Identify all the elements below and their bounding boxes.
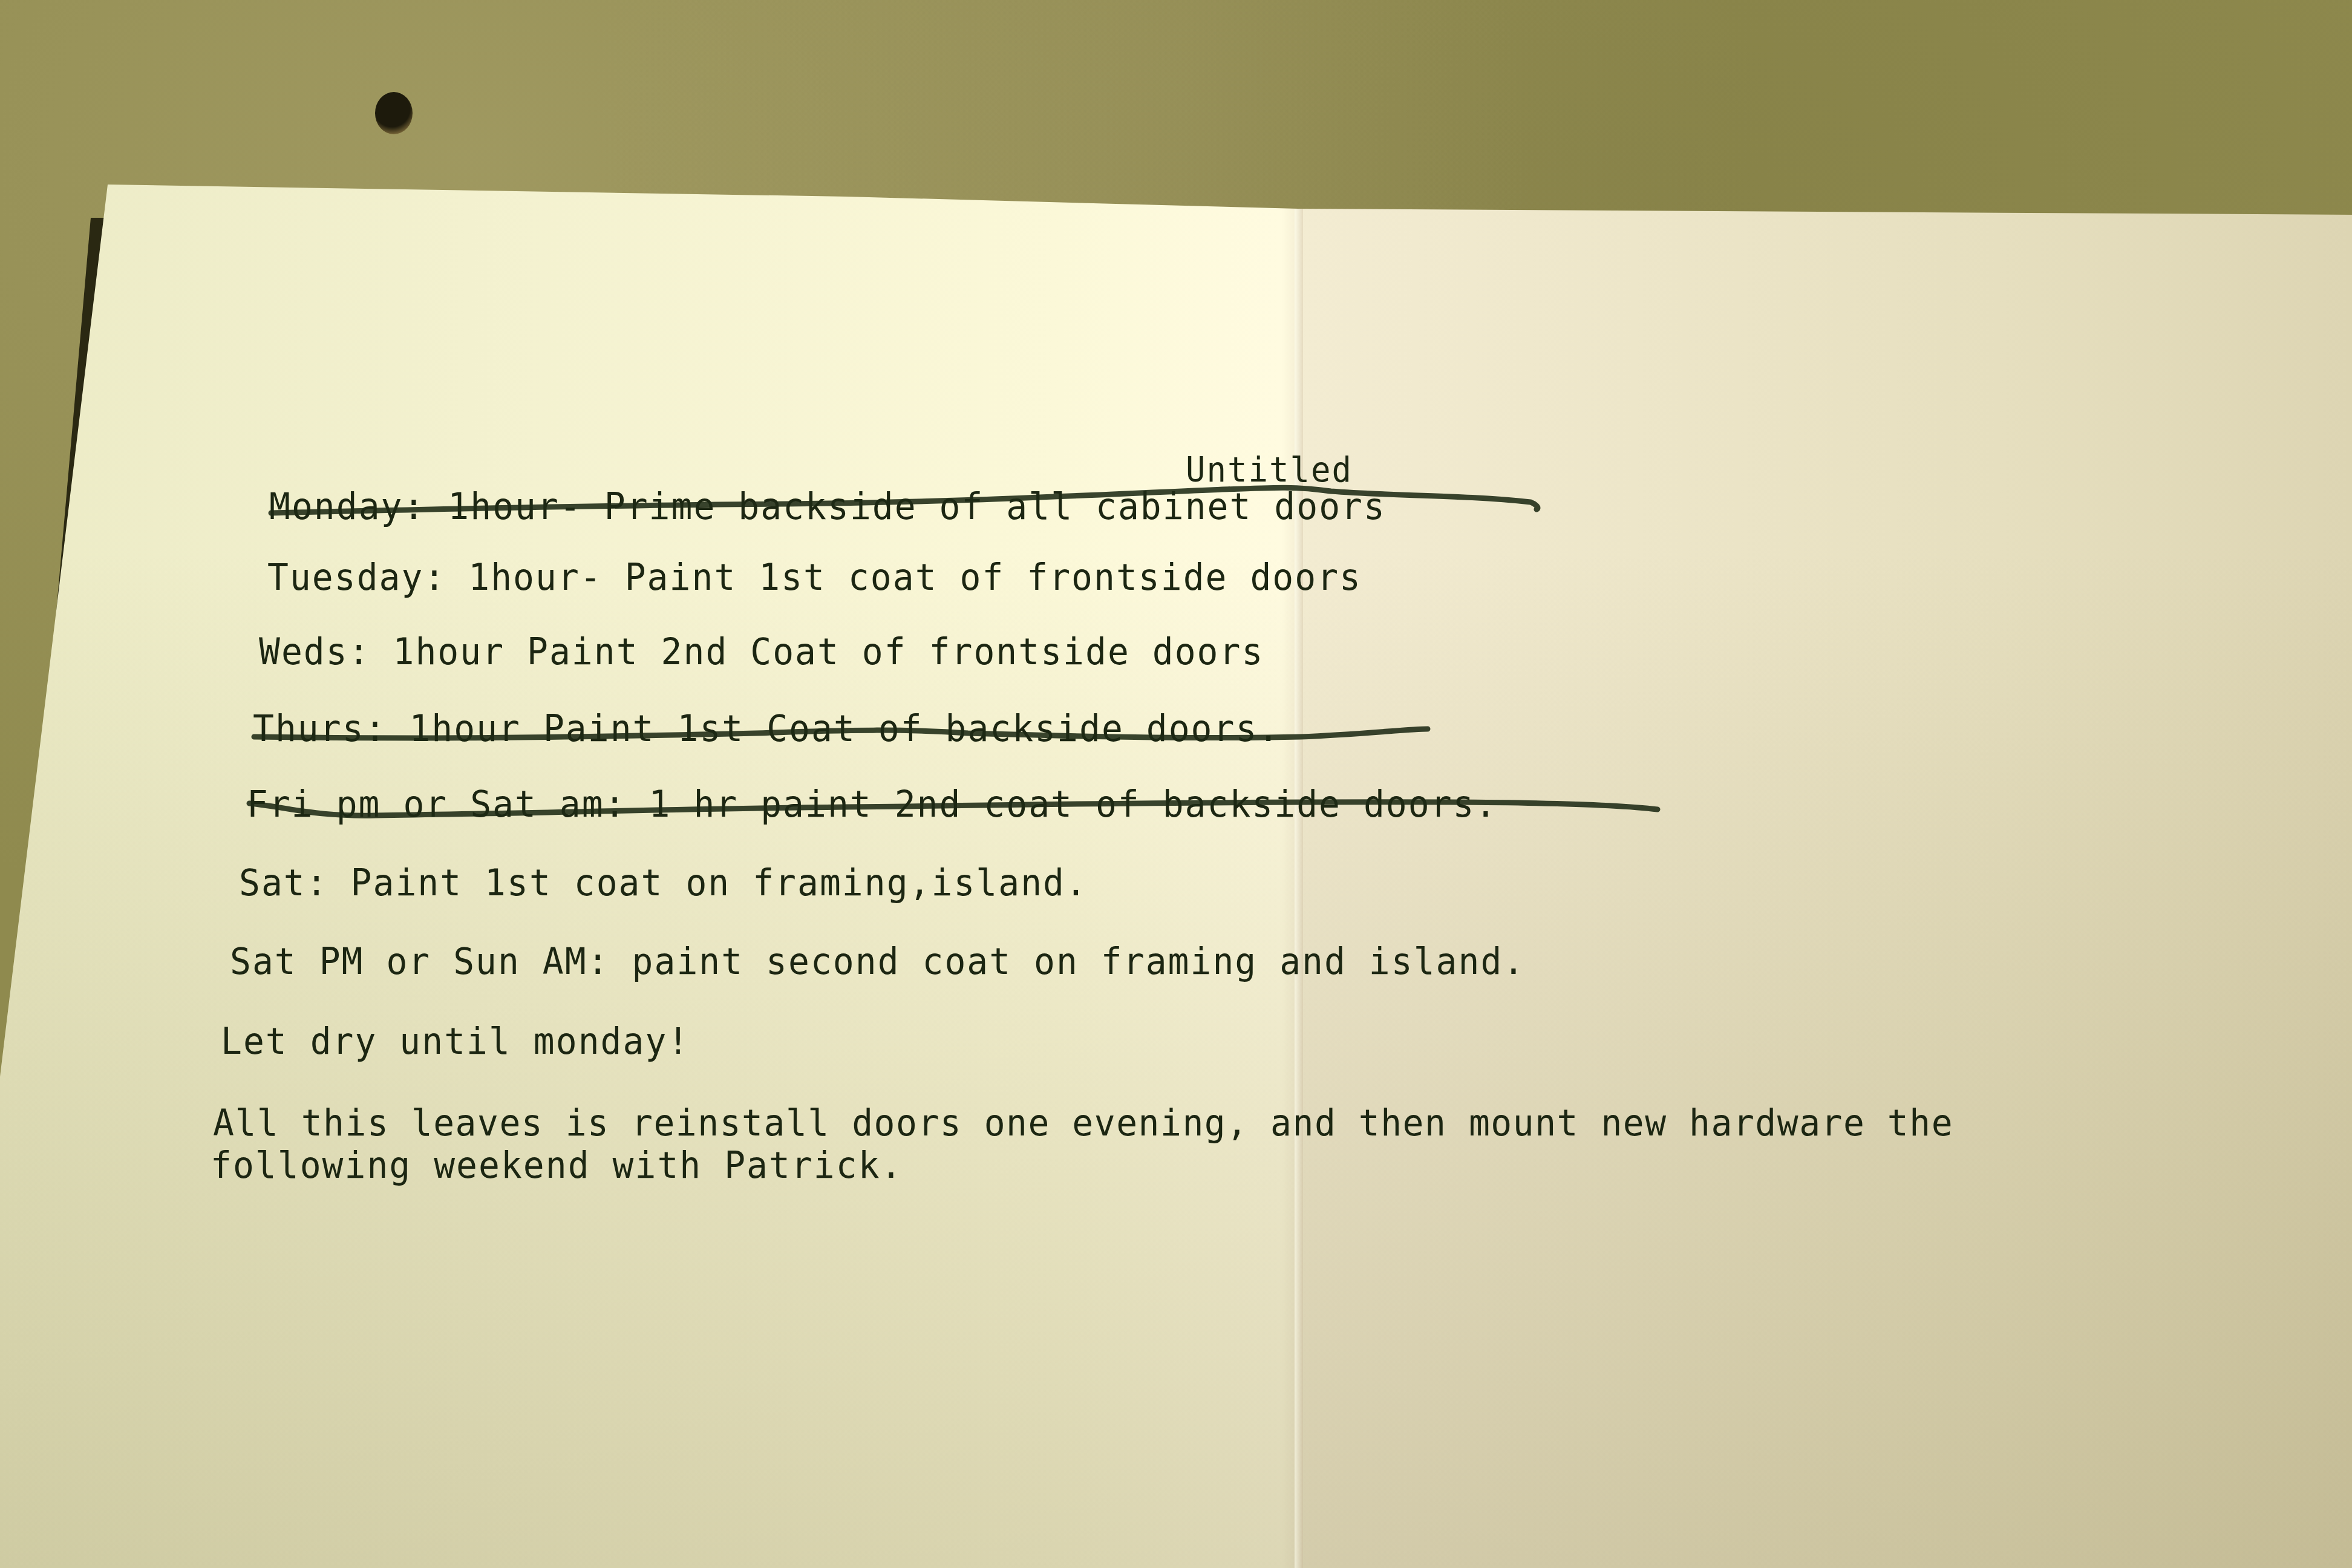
schedule-line-let-dry: Let dry until monday! bbox=[221, 1023, 690, 1060]
paper-fold bbox=[1295, 209, 1303, 1568]
schedule-line-tuesday: Tuesday: 1hour- Paint 1st coat of fronts… bbox=[267, 559, 1362, 596]
document-header-title: Untitled bbox=[1186, 453, 1353, 488]
schedule-line-sat: Sat: Paint 1st coat on framing,island. bbox=[239, 864, 1088, 901]
schedule-line-fri: Fri pm or Sat am: 1 hr paint 2nd coat of… bbox=[247, 786, 1497, 823]
schedule-line-weds: Weds: 1hour Paint 2nd Coat of frontside … bbox=[259, 633, 1264, 670]
wall-hole bbox=[375, 92, 413, 134]
closing-paragraph-line-1: All this leaves is reinstall doors one e… bbox=[213, 1105, 1953, 1142]
schedule-line-sat-pm: Sat PM or Sun AM: paint second coat on f… bbox=[230, 943, 1525, 980]
schedule-line-thurs: Thurs: 1hour Paint 1st Coat of backside … bbox=[253, 710, 1280, 747]
closing-paragraph-line-2: following weekend with Patrick. bbox=[211, 1147, 903, 1184]
schedule-line-monday: Monday: 1hour- Prime backside of all cab… bbox=[269, 488, 1386, 525]
